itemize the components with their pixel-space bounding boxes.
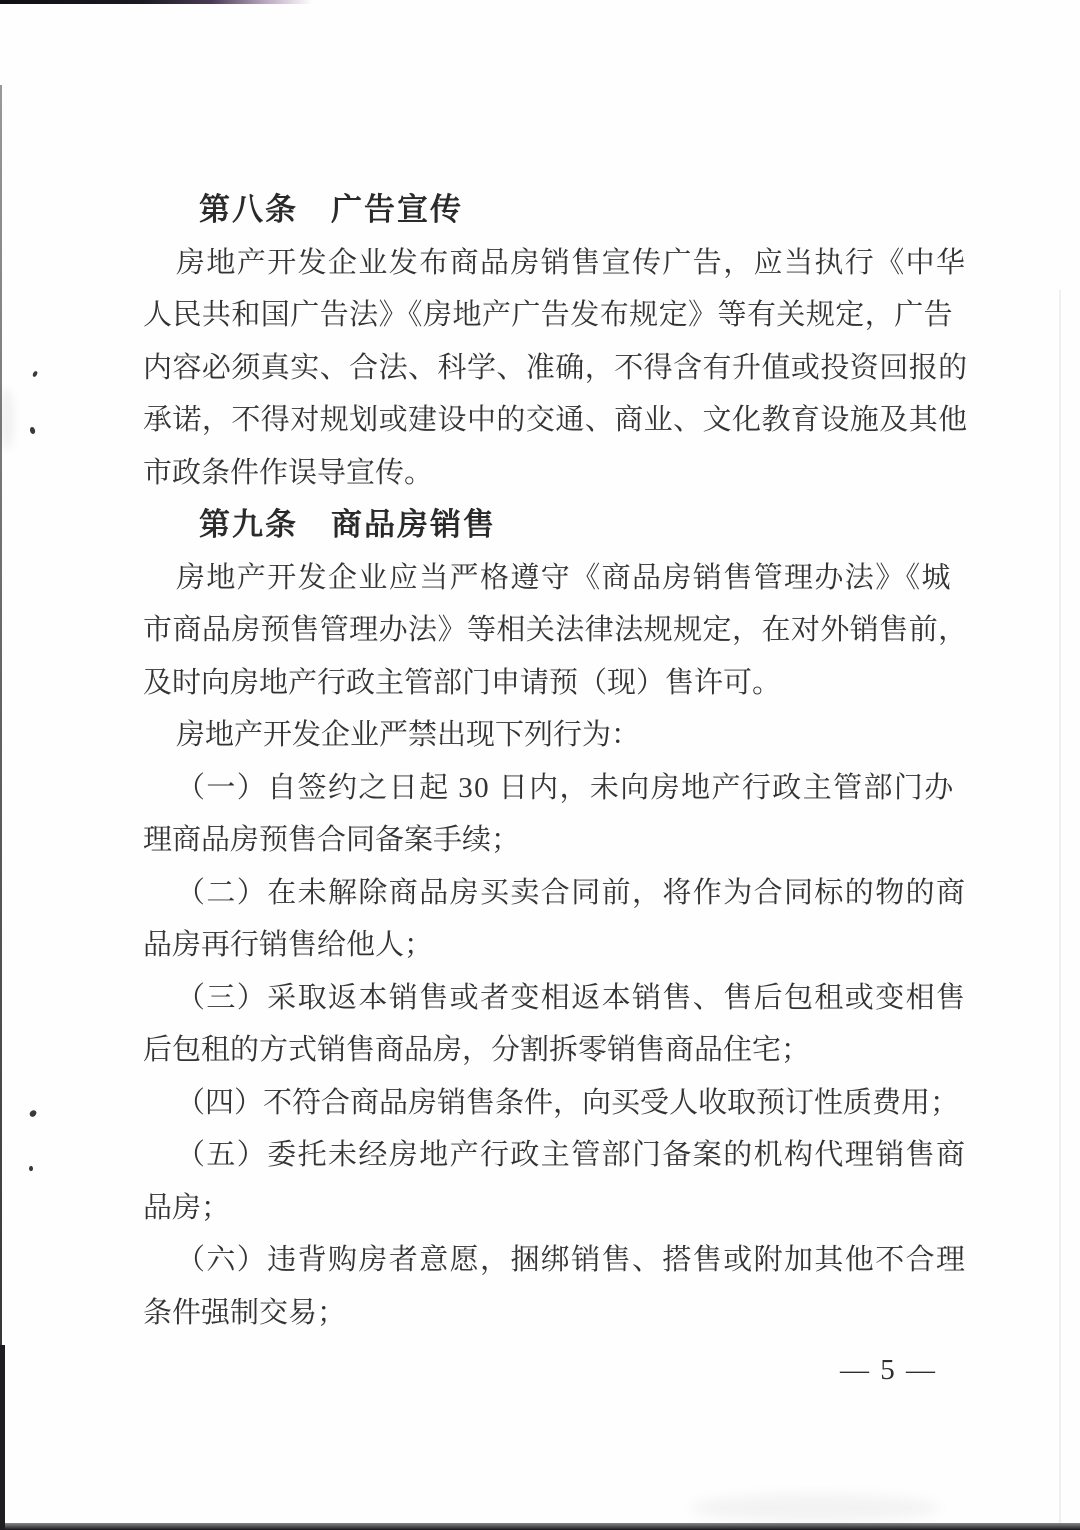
text-line: （六）违背购房者意愿，捆绑销售、搭售或附加其他不合理: [143, 1234, 967, 1287]
text-line: 后包租的方式销售商品房，分割拆零销售商品住宅；: [143, 1024, 967, 1077]
article-8-heading: 第八条 广告宣传: [143, 184, 967, 237]
text-line: 市商品房预售管理办法》等相关法律法规规定，在对外销售前，: [143, 604, 967, 657]
text-line: 房地产开发企业应当严格遵守《商品房销售管理办法》《城: [143, 552, 967, 605]
text-line: 市政条件作误导宣传。: [143, 447, 967, 500]
text-line: 房地产开发企业发布商品房销售宣传广告，应当执行《中华: [143, 237, 967, 290]
margin-dot: [29, 1109, 38, 1118]
text-line: 及时向房地产行政主管部门申请预（现）售许可。: [143, 657, 967, 710]
text-line: 条件强制交易；: [143, 1287, 967, 1340]
text-line: 品房再行销售给他人；: [143, 919, 967, 972]
margin-dot: [28, 1166, 33, 1172]
page-number: — 5 —: [840, 1350, 937, 1390]
text-line: 房地产开发企业严禁出现下列行为：: [143, 709, 967, 762]
text-line: （四）不符合商品房销售条件，向买受人收取预订性质费用；: [143, 1077, 967, 1130]
scan-edge-left-bottom: [0, 1345, 5, 1530]
text-line: 人民共和国广告法》《房地产广告发布规定》等有关规定，广告: [143, 289, 967, 342]
scan-edge-top: [0, 0, 312, 4]
article-9-heading: 第九条 商品房销售: [143, 499, 967, 552]
text-line: 内容必须真实、合法、科学、准确，不得含有升值或投资回报的: [143, 342, 967, 395]
text-line: 理商品房预售合同备案手续；: [143, 814, 967, 867]
text-line: （一）自签约之日起 30 日内，未向房地产行政主管部门办: [143, 762, 967, 815]
text-line: （五）委托未经房地产行政主管部门备案的机构代理销售商: [143, 1129, 967, 1182]
scanned-document-page: 第八条 广告宣传 房地产开发企业发布商品房销售宣传广告，应当执行《中华 人民共和…: [0, 0, 1080, 1530]
margin-dot: [32, 370, 38, 377]
scan-line-right: [1059, 290, 1061, 1524]
text-line: （三）采取返本销售或者变相返本销售、售后包租或变相售: [143, 972, 967, 1025]
scan-smudge-left: [0, 388, 14, 450]
document-text-block: 第八条 广告宣传 房地产开发企业发布商品房销售宣传广告，应当执行《中华 人民共和…: [143, 184, 967, 1339]
text-line: 品房；: [143, 1182, 967, 1235]
text-line: （二）在未解除商品房买卖合同前，将作为合同标的物的商: [143, 867, 967, 920]
scan-smudge-bottom: [690, 1494, 940, 1522]
scan-edge-left: [0, 85, 2, 1530]
text-line: 承诺，不得对规划或建设中的交通、商业、文化教育设施及其他: [143, 394, 967, 447]
scan-edge-bottom: [0, 1523, 1080, 1530]
margin-dot: [29, 426, 36, 434]
